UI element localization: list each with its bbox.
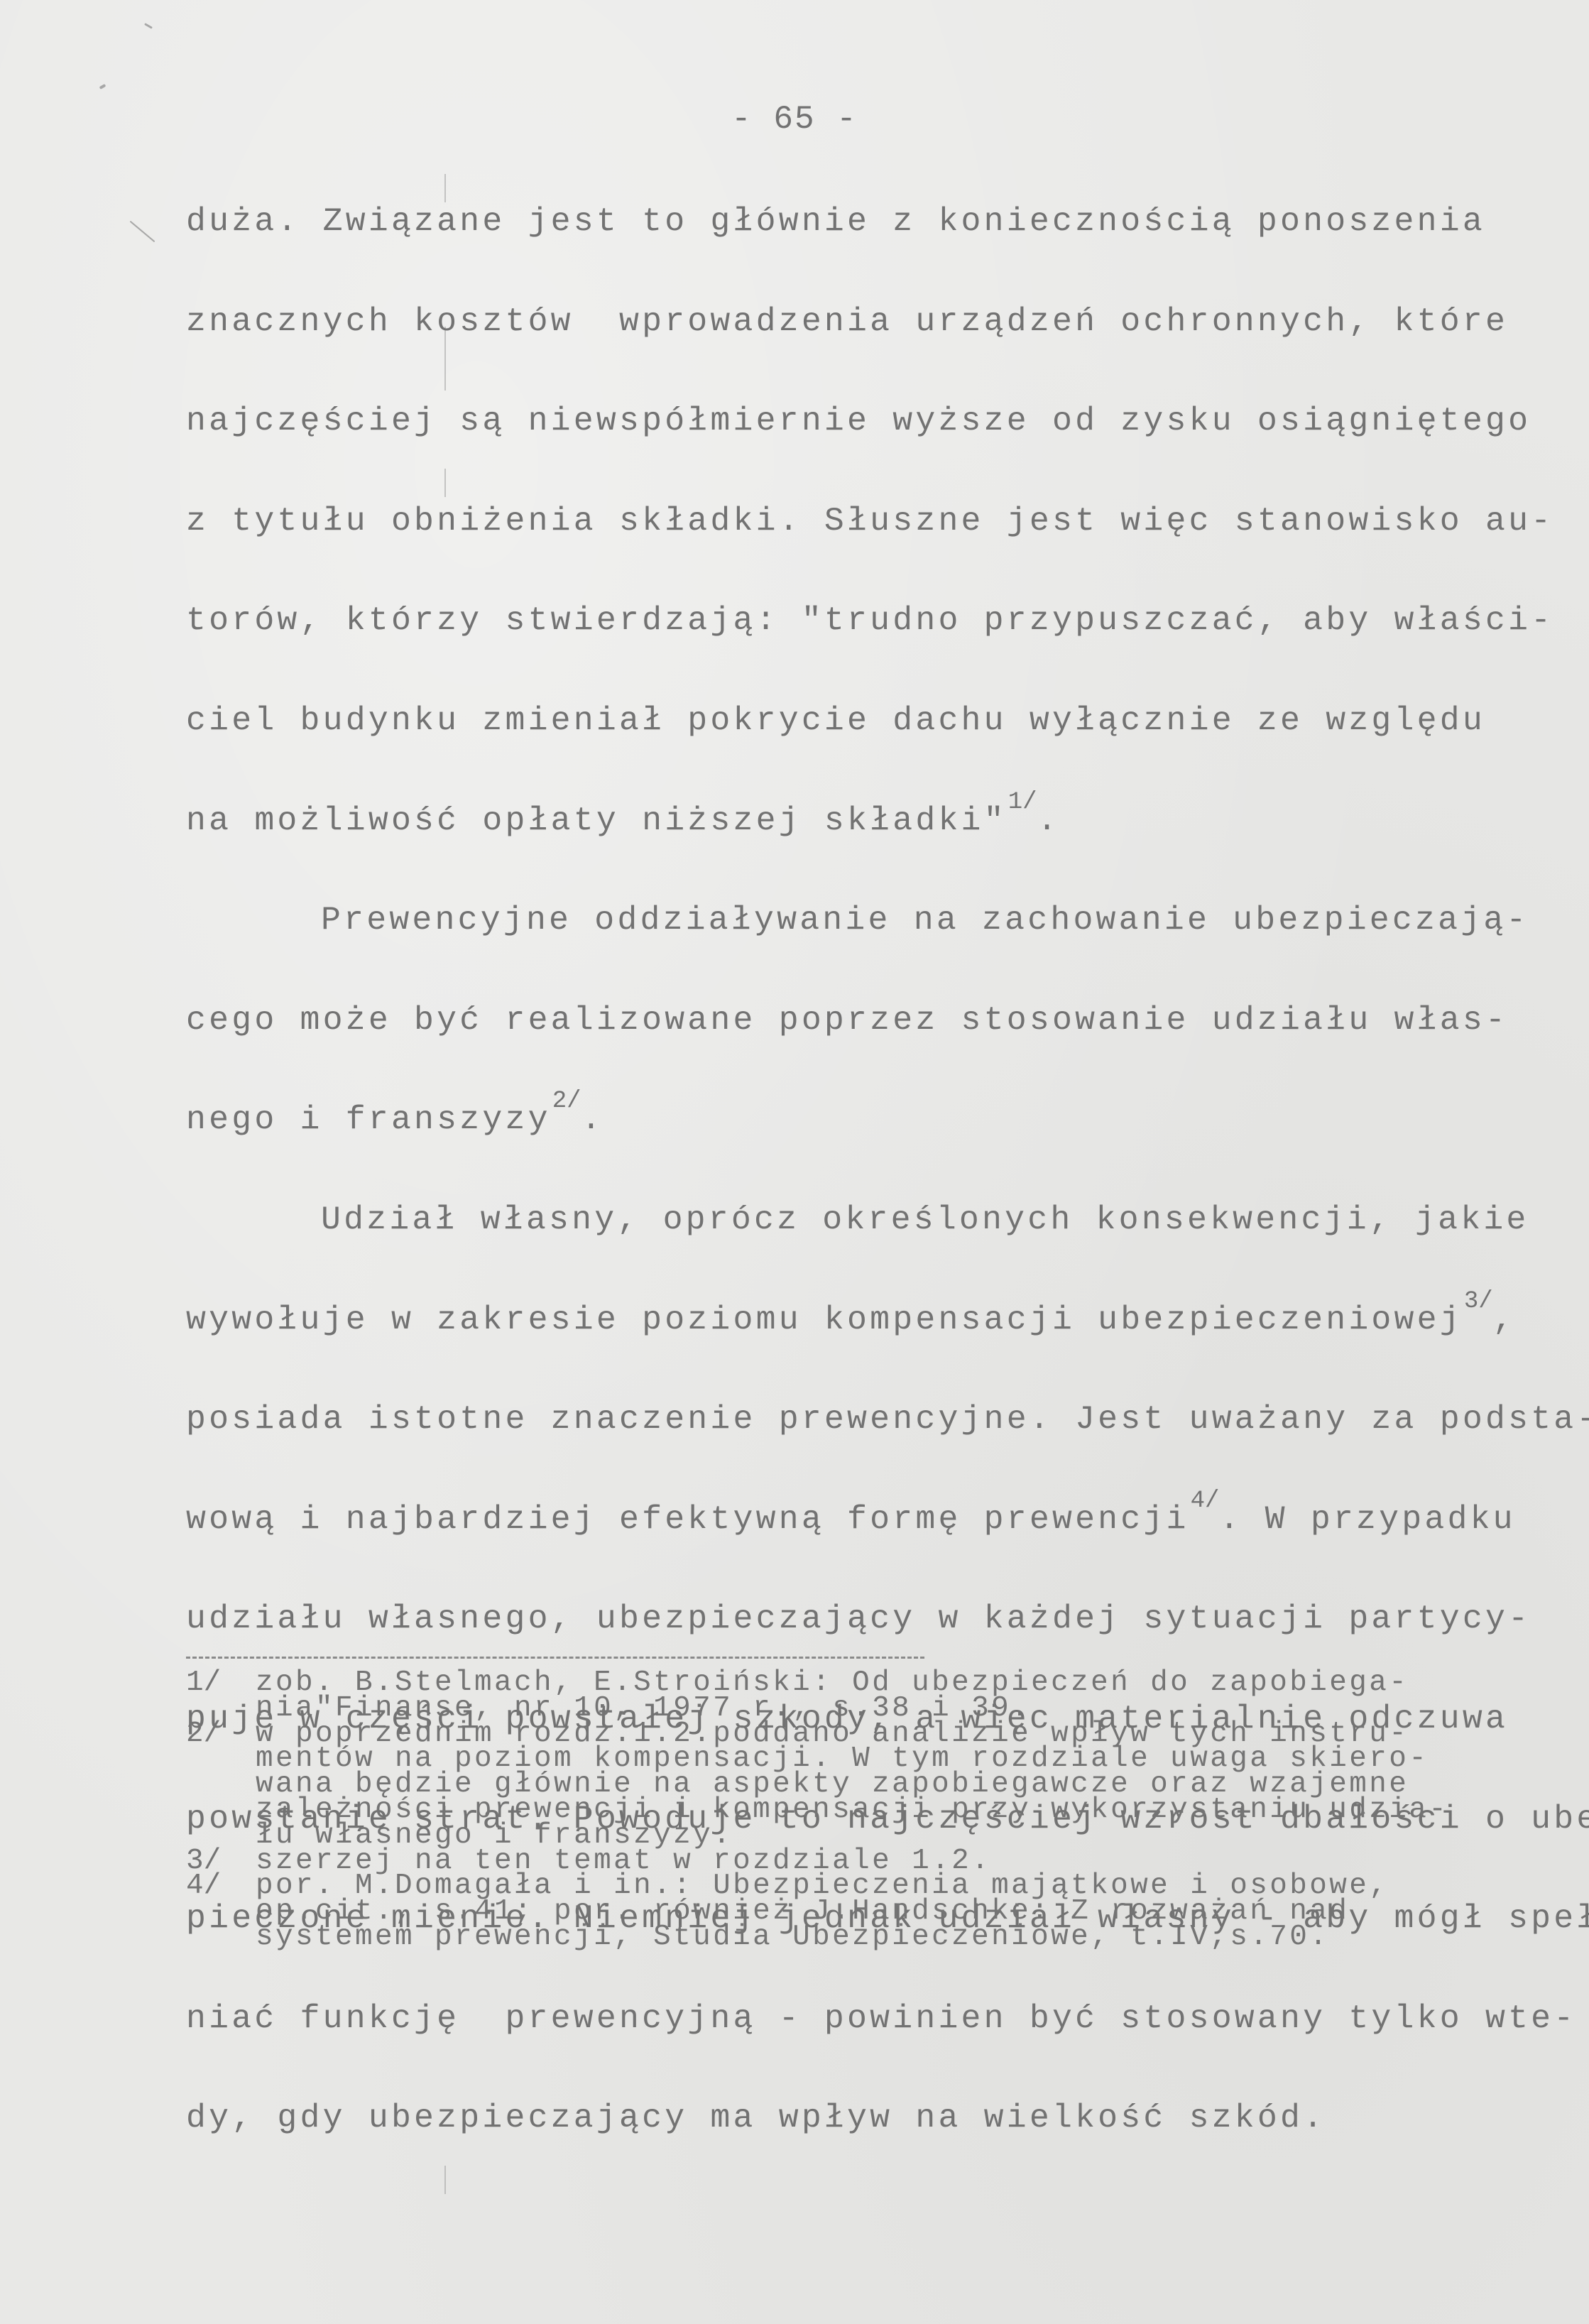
body-line: cego może być realizowane poprzez stosow… [186, 999, 1521, 1099]
body-line-tail: , [1493, 1301, 1516, 1338]
body-line: Udział własny, oprócz określonych konsek… [186, 1199, 1521, 1299]
body-line: nego i franszyzy2/. [186, 1098, 1521, 1199]
footnote-reference[interactable]: 2/ [552, 1088, 581, 1115]
body-line: z tytułu obniżenia składki. Słuszne jest… [186, 500, 1521, 600]
margin-guide-line [444, 174, 446, 202]
body-line: znacznych kosztów wprowadzenia urządzeń … [186, 300, 1521, 400]
body-line: duża. Związane jest to głównie z koniecz… [186, 200, 1521, 300]
body-line-text: Udział własny, oprócz określonych konsek… [321, 1201, 1529, 1238]
scan-speck [144, 23, 153, 29]
footnote-number: 1/ [186, 1670, 256, 1696]
body-line-text: duża. Związane jest to głównie z koniecz… [186, 202, 1485, 240]
paper-sheet: - 65 - duża. Związane jest to głównie z … [0, 0, 1589, 2324]
body-line: posiada istotne znaczenie prewencyjne. J… [186, 1398, 1521, 1498]
body-line-text: niać funkcję prewencyjną - powinien być … [186, 2000, 1576, 2037]
body-line: niać funkcję prewencyjną - powinien być … [186, 1997, 1521, 2097]
footnote-reference[interactable]: 1/ [1008, 789, 1037, 816]
footnote-number: 4/ [186, 1873, 256, 1899]
body-line-text: na możliwość opłaty niższej składki" [186, 802, 1007, 839]
footnote-number: 2/ [186, 1721, 256, 1747]
body-line-tail: . [1037, 802, 1060, 839]
body-line: dy, gdy ubezpieczający ma wpływ na wielk… [186, 2097, 1521, 2197]
body-line: wową i najbardziej efektywną formę prewe… [186, 1498, 1521, 1598]
body-line-text: cego może być realizowane poprzez stosow… [186, 1001, 1508, 1039]
body-line-text: dy, gdy ubezpieczający ma wpływ na wielk… [186, 2099, 1326, 2137]
body-line: Prewencyjne oddziaływanie na zachowanie … [186, 899, 1521, 999]
body-line-text: posiada istotne znaczenie prewencyjne. J… [186, 1400, 1589, 1438]
footnote-reference[interactable]: 3/ [1464, 1288, 1493, 1315]
body-line-text: udziału własnego, ubezpieczający w każde… [186, 1600, 1531, 1637]
footnote-separator [186, 1657, 924, 1659]
body-line-text: ciel budynku zmieniał pokrycie dachu wył… [186, 702, 1485, 739]
footnote-line: systemem prewencji, Studia Ubezpieczenio… [186, 1924, 1535, 1950]
body-line: wywołuje w zakresie poziomu kompensacji … [186, 1299, 1521, 1399]
body-line-text: z tytułu obniżenia składki. Słuszne jest… [186, 502, 1553, 540]
footnote-reference[interactable]: 4/ [1191, 1488, 1220, 1515]
footnote-text: systemem prewencji, Studia Ubezpieczenio… [256, 1921, 1329, 1953]
body-line-text: wową i najbardziej efektywną formę prewe… [186, 1500, 1189, 1538]
body-line-text: wywołuje w zakresie poziomu kompensacji … [186, 1301, 1463, 1338]
body-line: torów, którzy stwierdzają: "trudno przyp… [186, 599, 1521, 699]
page-number: - 65 - [0, 101, 1589, 138]
body-line: ciel budynku zmieniał pokrycie dachu wył… [186, 699, 1521, 800]
footnotes: 1/zob. B.Stelmach, E.Stroiński: Od ubezp… [186, 1670, 1535, 1950]
body-line-tail: . W przypadku [1219, 1500, 1515, 1538]
body-line-text: torów, którzy stwierdzają: "trudno przyp… [186, 601, 1553, 639]
body-line-text: najczęściej są niewspółmiernie wyższe od… [186, 402, 1531, 440]
body-line: najczęściej są niewspółmiernie wyższe od… [186, 400, 1521, 500]
body-line: na możliwość opłaty niższej składki"1/. [186, 800, 1521, 900]
body-line-text: Prewencyjne oddziaływanie na zachowanie … [321, 901, 1529, 939]
body-line-tail: . [581, 1101, 604, 1138]
scan-speck [130, 221, 155, 242]
scan-speck [99, 84, 107, 89]
body-line-text: nego i franszyzy [186, 1101, 551, 1138]
body-line-text: znacznych kosztów wprowadzenia urządzeń … [186, 302, 1508, 340]
